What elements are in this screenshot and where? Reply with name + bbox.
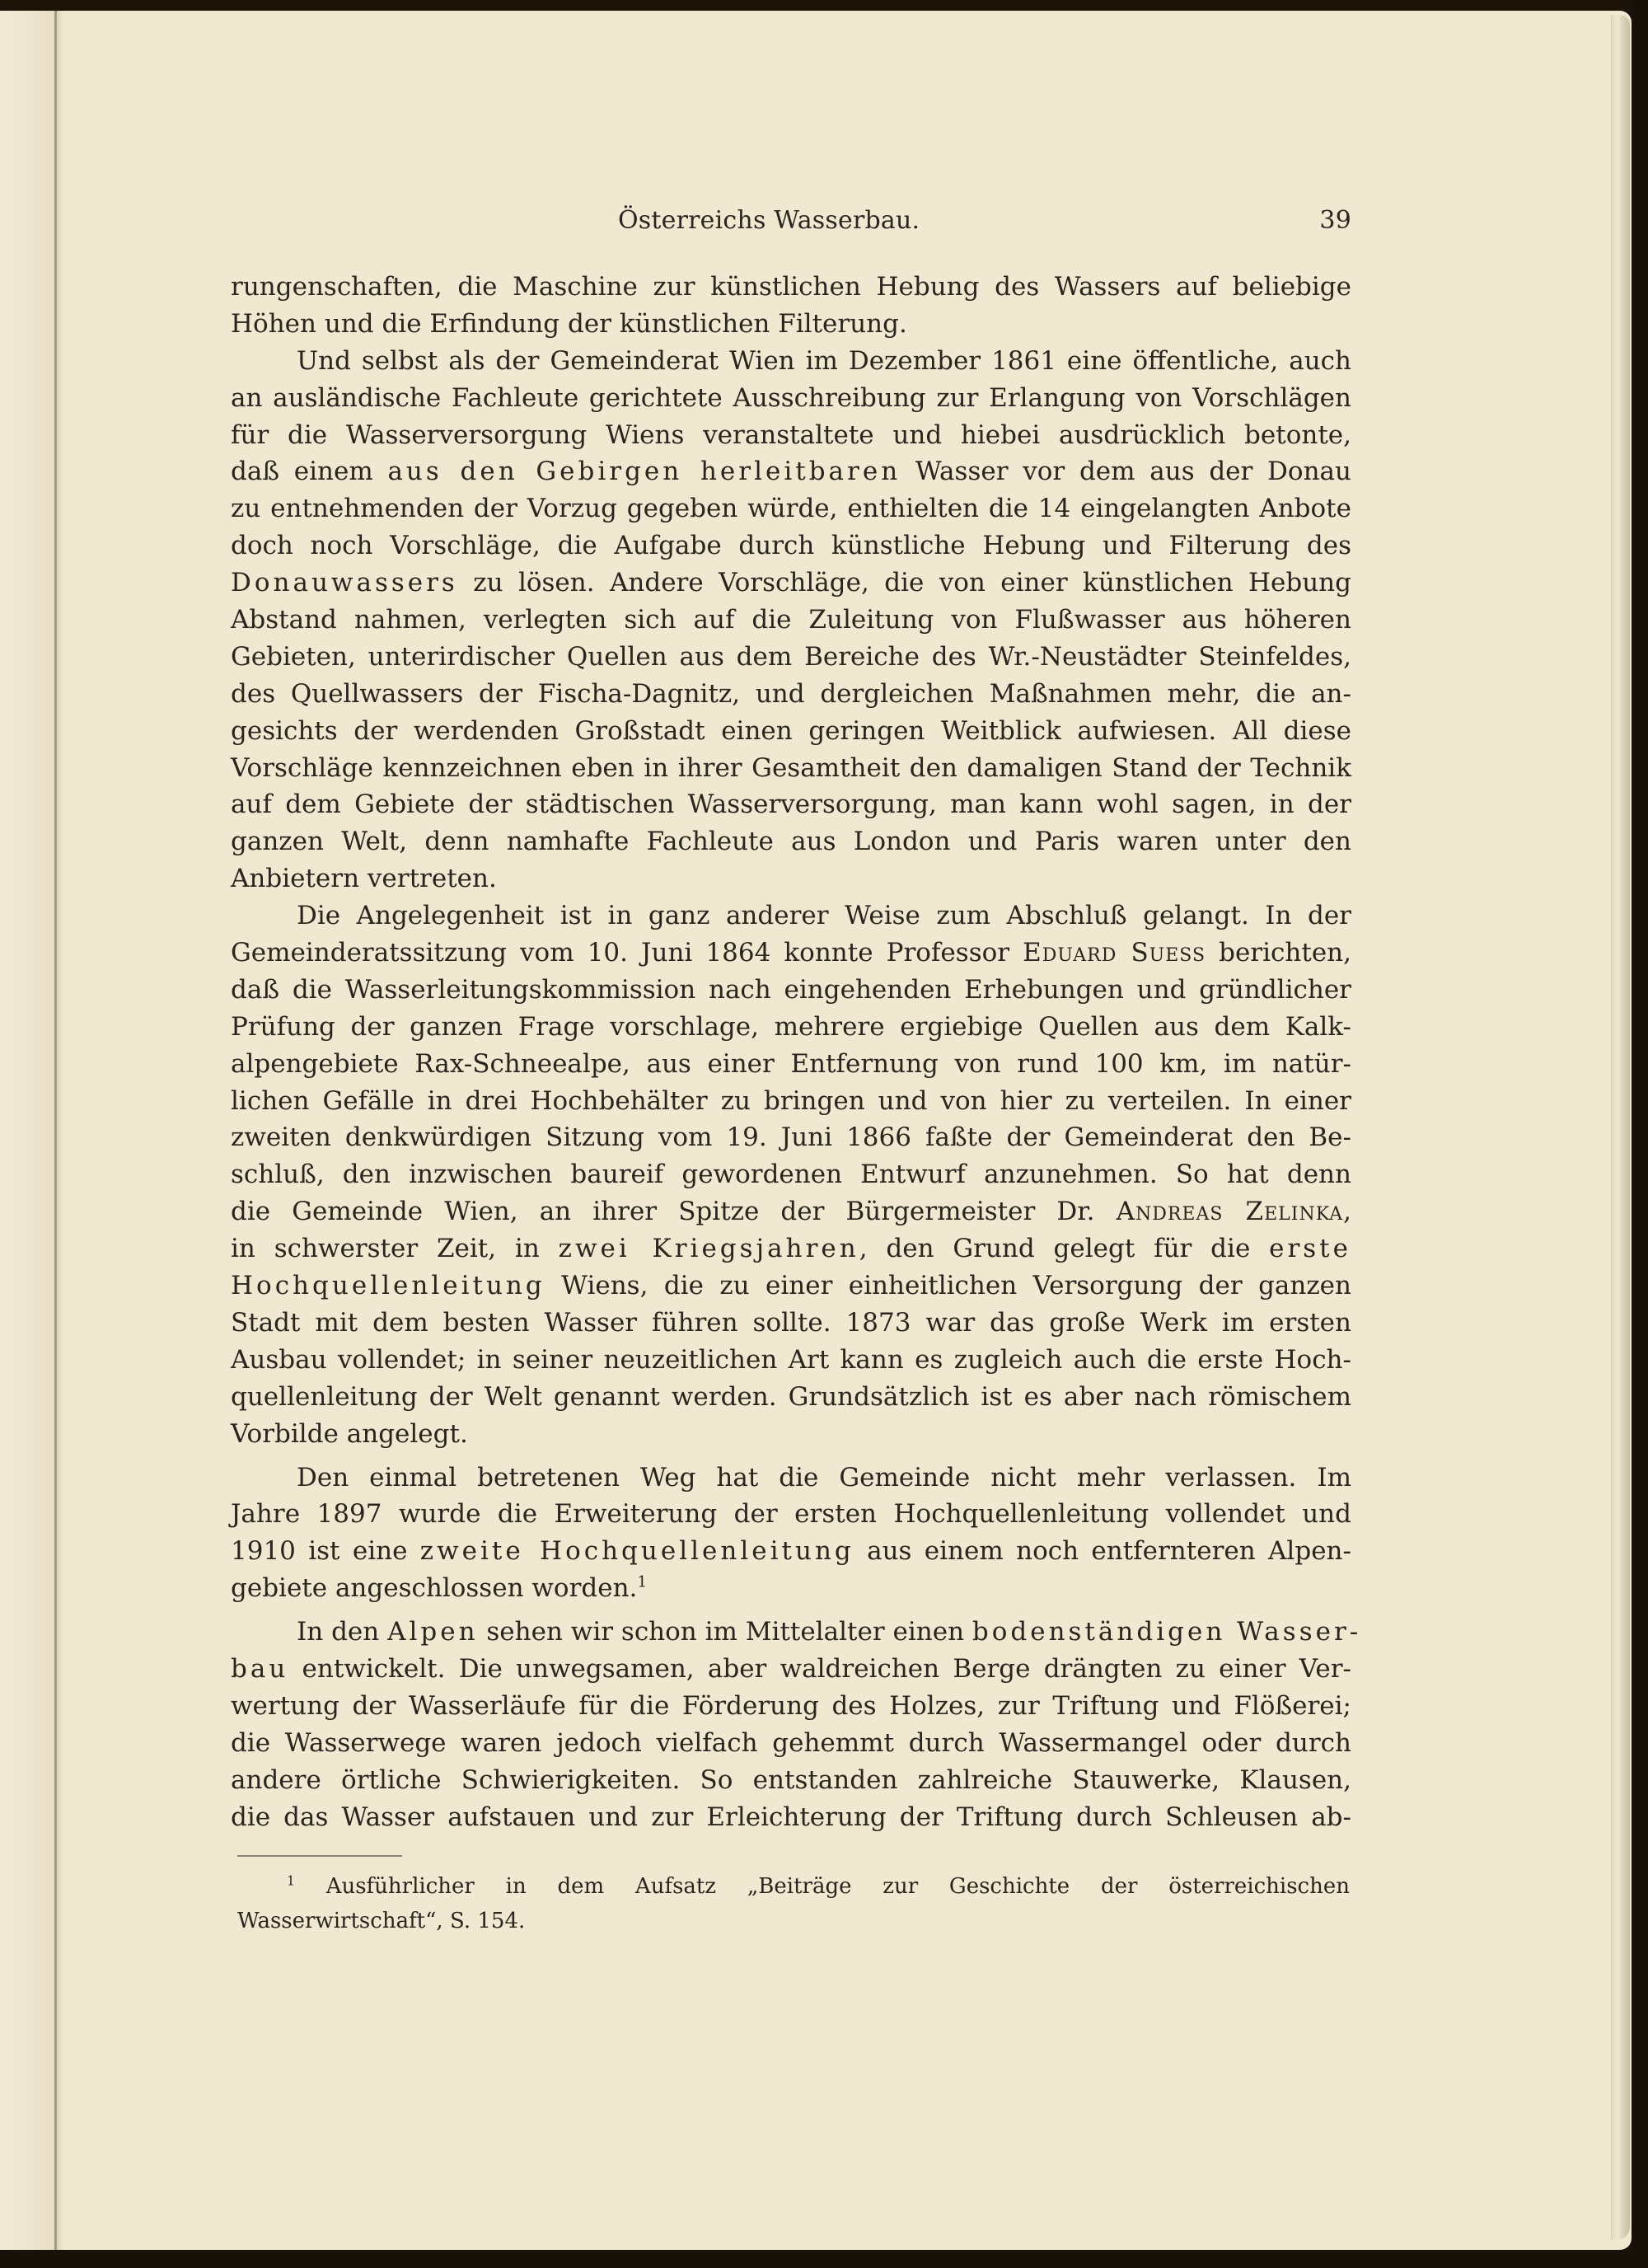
scan-border-top (0, 0, 1648, 11)
footnote-marker: 1 (287, 1873, 295, 1888)
text-line: alpengebiete Rax-Schneealpe, aus einer E… (231, 1046, 1351, 1083)
text-line: wertung der Wasserläufe für die Förderun… (231, 1688, 1351, 1725)
text-line: für die Wasserversorgung Wiens veranstal… (231, 417, 1351, 454)
text-line: Stadt mit dem besten Wasser führen sollt… (231, 1305, 1351, 1342)
text-line: Donauwassers zu lösen. Andere Vorschläge… (231, 565, 1351, 602)
text-line: In den Alpen sehen wir schon im Mittelal… (231, 1614, 1351, 1651)
text-line: Gebieten, unterirdischer Quellen aus dem… (231, 639, 1351, 676)
text-line: andere örtliche Schwierigkeiten. So ents… (231, 1762, 1351, 1799)
text-line: an ausländische Fachleute gerichtete Aus… (231, 380, 1351, 417)
emphasis-spaced: Hochquellenleitung (231, 1271, 545, 1300)
emphasis-spaced: zweite Hochquellenleitung (420, 1536, 854, 1566)
text-line: 1910 ist eine zweite Hochquellenleitung … (231, 1533, 1351, 1570)
footnote-line: 1 Ausführlicher in dem Aufsatz „Beiträge… (237, 1869, 1350, 1904)
text-line: Vorschläge kennzeichnen eben in ihrer Ge… (231, 750, 1351, 787)
text-line: des Quellwassers der Fischa-Dagnitz, und… (231, 676, 1351, 713)
text-line: Abstand nahmen, verlegten sich auf die Z… (231, 602, 1351, 639)
body-text: rungenschaften, die Maschine zur künstli… (231, 269, 1351, 1835)
text-line: bau entwickelt. Die unwegsamen, aber wal… (231, 1651, 1351, 1688)
emphasis-spaced: bodenständigen Wasser- (972, 1617, 1361, 1647)
text-line: schluß, den inzwischen baureif gewordene… (231, 1156, 1351, 1193)
gutter-shadow (57, 11, 63, 2250)
text-line: Höhen und die Erfindung der künstlichen … (231, 306, 1351, 343)
text-line: daß die Wasserleitungskommission nach ei… (231, 972, 1351, 1009)
footnote-line: Wasserwirtschaft“, S. 154. (237, 1904, 1350, 1938)
text-line: rungenschaften, die Maschine zur künstli… (231, 269, 1351, 306)
text-line: lichen Gefälle in drei Hochbehälter zu b… (231, 1083, 1351, 1120)
footnote-ref[interactable]: 1 (637, 1574, 647, 1591)
text-line: Hochquellenleitung Wiens, die zu einer e… (231, 1268, 1351, 1305)
text-line: Jahre 1897 wurde die Erweiterung der ers… (231, 1496, 1351, 1533)
text-line: ganzen Welt, denn namhafte Fachleute aus… (231, 823, 1351, 860)
text-line: Den einmal betretenen Weg hat die Gemein… (231, 1460, 1351, 1497)
text-line: die Wasserwege waren jedoch vielfach geh… (231, 1725, 1351, 1762)
text-line: gebiete angeschlossen worden.1 (231, 1570, 1351, 1607)
text-line: auf dem Gebiete der städtischen Wasserve… (231, 786, 1351, 823)
running-title: Österreichs Wasserbau. (618, 206, 920, 235)
emphasis-spaced: zwei Kriegsjahren (559, 1234, 859, 1263)
text-line: Ausbau vollendet; in seiner neuzeitliche… (231, 1342, 1351, 1379)
text-line: daß einem aus den Gebirgen herleitbaren … (231, 453, 1351, 490)
text-line: Gemeinderatssitzung vom 10. Juni 1864 ko… (231, 935, 1351, 972)
footnote-separator (237, 1855, 402, 1857)
scan-border-bottom (0, 2250, 1648, 2268)
text-line: Prüfung der ganzen Frage vorschlage, meh… (231, 1009, 1351, 1046)
text-line: in schwerster Zeit, in zwei Kriegsjahren… (231, 1230, 1351, 1268)
person-name: Eduard Suess (1023, 938, 1206, 968)
emphasis-spaced: erste (1269, 1234, 1351, 1263)
facing-page-gutter (0, 11, 54, 2250)
page-edges (1611, 15, 1630, 2240)
page-number: 39 (1319, 206, 1351, 235)
text-line: doch noch Vorschläge, die Aufgabe durch … (231, 527, 1351, 565)
text-line: zu entnehmenden der Vorzug gegeben würde… (231, 490, 1351, 527)
text-line: quellenleitung der Welt genannt werden. … (231, 1379, 1351, 1416)
text-line: Die Angelegenheit ist in ganz anderer We… (231, 897, 1351, 935)
emphasis-spaced: aus den Gebirgen herleitbaren (387, 457, 901, 486)
text-line: Und selbst als der Gemeinderat Wien im D… (231, 343, 1351, 380)
text-line: zweiten denkwürdigen Sitzung vom 19. Jun… (231, 1119, 1351, 1156)
text-line: Anbietern vertreten. (231, 860, 1351, 897)
footnotes: 1 Ausführlicher in dem Aufsatz „Beiträge… (237, 1869, 1350, 1938)
text-line: Vorbilde angelegt. (231, 1416, 1351, 1453)
text-line: gesichts der werdenden Großstadt einen g… (231, 713, 1351, 750)
scan-border-right (1632, 0, 1648, 2268)
text-line: die Gemeinde Wien, an ihrer Spitze der B… (231, 1193, 1351, 1230)
running-head: Österreichs Wasserbau. 39 (231, 206, 1351, 239)
emphasis-spaced: bau (231, 1654, 288, 1684)
emphasis-spaced: Donauwassers (231, 568, 458, 597)
person-name: Andreas Zelinka (1117, 1197, 1344, 1226)
emphasis-spaced: Alpen (387, 1617, 478, 1647)
text-line: die das Wasser aufstauen und zur Erleich… (231, 1799, 1351, 1836)
